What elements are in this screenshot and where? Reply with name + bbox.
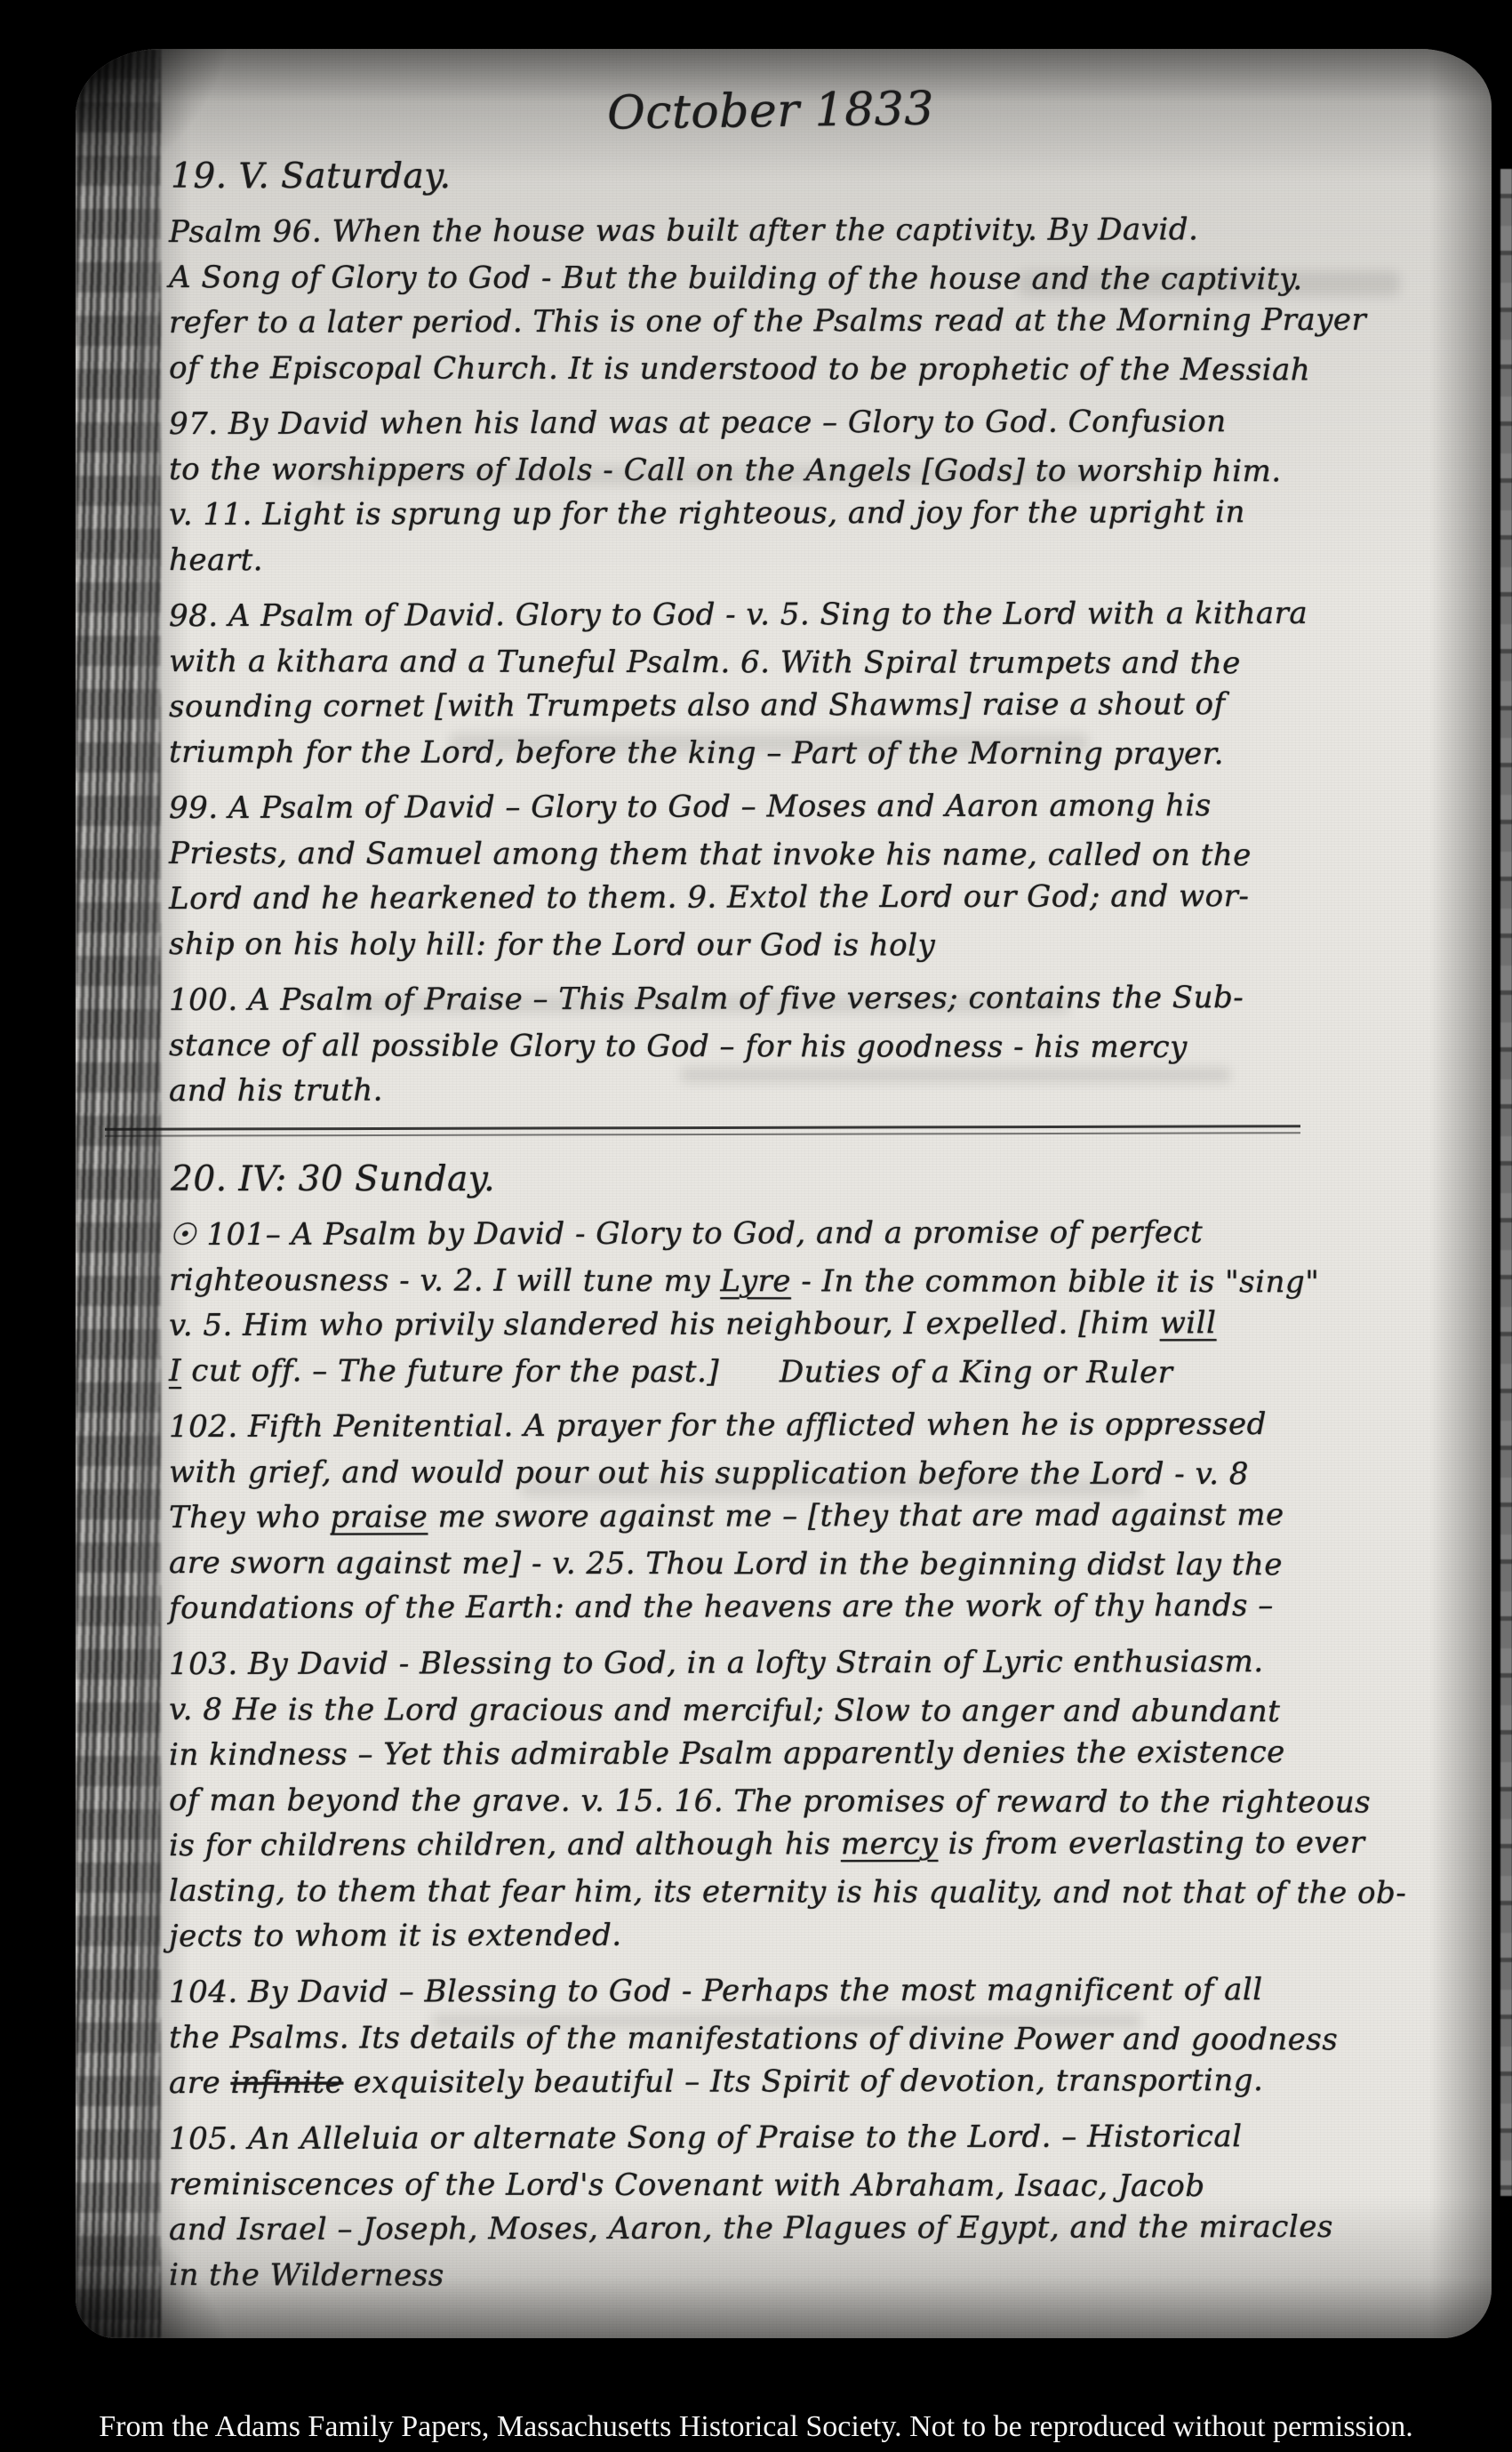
underlined-word: praise [330,1499,428,1535]
manuscript-line: and his truth. [169,1065,1458,1114]
manuscript-line: Psalm 96. When the house was built after… [169,206,1458,255]
manuscript-line: ☉ 101– A Psalm by David - Glory to God, … [169,1209,1458,1258]
text-segment: - In the common bible it is "sing" [791,1263,1319,1300]
text-segment: of the Episcopal Church. It is understoo… [169,350,1310,388]
text-segment: in the Wilderness [169,2257,444,2294]
entry-date-heading: 19. V. Saturday. [171,154,1458,199]
manuscript-line: 104. By David – Blessing to God - Perhap… [169,1967,1458,2015]
manuscript-line: 100. A Psalm of Praise – This Psalm of f… [169,974,1458,1023]
psalm-paragraph: 97. By David when his land was at peace … [169,402,1458,583]
manuscript-line: A Song of Glory to God - But the buildin… [169,255,1458,303]
manuscript-line: is for childrens children, and although … [169,1820,1458,1869]
text-segment: 105. An Alleluia or alternate Song of Pr… [169,2119,1243,2157]
text-segment: is from everlasting to ever [938,1825,1364,1862]
text-segment: reminiscences of the Lord's Covenant wit… [169,2167,1205,2204]
text-segment: are [169,2065,231,2101]
month-year-heading: October 1833 [126,76,1416,147]
text-segment: ☉ 101– A Psalm by David - Glory to God, … [169,1214,1203,1253]
text-segment: 103. By David - Blessing to God, in a lo… [169,1644,1264,1682]
manuscript-line: with grief, and would pour out his suppl… [169,1450,1458,1498]
text-segment: and Israel – Joseph, Moses, Aaron, the P… [169,2209,1333,2248]
text-segment: triumph for the Lord, before the king – … [169,734,1224,772]
manuscript-line: v. 11. Light is sprung up for the righte… [169,489,1458,538]
archive-caption: From the Adams Family Papers, Massachuse… [0,2409,1512,2445]
text-segment: the Psalms. Its details of the manifesta… [169,2020,1338,2057]
text-segment: v. 5. Him who privily slandered his neig… [169,1305,1160,1343]
manuscript-line: foundations of the Earth: and the heaven… [169,1583,1458,1631]
scanned-diary-screenshot: October 1833 19. V. Saturday.Psalm 96. W… [0,0,1512,2452]
manuscript-line: the Psalms. Its details of the manifesta… [169,2015,1458,2063]
manuscript-line: ship on his holy hill: for the Lord our … [169,922,1458,970]
manuscript-line: 103. By David - Blessing to God, in a lo… [169,1639,1458,1687]
book-fore-edge [1500,169,1512,2196]
text-segment: Psalm 96. When the house was built after… [169,212,1198,250]
manuscript-line: triumph for the Lord, before the king – … [169,730,1458,778]
manuscript-line: in kindness – Yet this admirable Psalm a… [169,1729,1458,1778]
manuscript-line: are sworn against me] - v. 25. Thou Lord… [169,1541,1458,1589]
underlined-word: will [1160,1305,1217,1341]
text-segment: v. 8 He is the Lord gracious and mercifu… [169,1692,1280,1729]
psalm-paragraph: 105. An Alleluia or alternate Song of Pr… [169,2117,1458,2298]
manuscript-line: of man beyond the grave. v. 15. 16. The … [169,1778,1458,1826]
text-segment: to the worshippers of Idols - Call on th… [169,452,1282,489]
text-segment: Priests, and Samuel among them that invo… [169,836,1252,873]
manuscript-line: and Israel – Joseph, Moses, Aaron, the P… [169,2204,1458,2253]
manuscript-line: They who praise me swore against me – [t… [169,1492,1458,1541]
text-segment: of man beyond the grave. v. 15. 16. The … [169,1783,1371,1820]
manuscript-line: are infinite exquisitely beautiful – Its… [169,2057,1458,2106]
manuscript-line: righteousness - v. 2. I will tune my Lyr… [169,1258,1458,1306]
entry-date-heading: 20. IV: 30 Sunday. [171,1157,1458,1202]
underlined-word: mercy [841,1826,938,1862]
manuscript-line: Priests, and Samuel among them that invo… [169,831,1458,879]
manuscript-line: v. 8 He is the Lord gracious and mercifu… [169,1687,1458,1735]
text-segment: are sworn against me] - v. 25. Thou Lord… [169,1545,1283,1583]
text-segment: me swore against me – [they that are mad… [428,1497,1284,1535]
text-segment: 97. By David when his land was at peace … [169,404,1227,442]
manuscript-line: Lord and he hearkened to them. 9. Extol … [169,873,1458,922]
section-divider-rule [105,1125,1300,1137]
manuscript-line: 99. A Psalm of David – Glory to God – Mo… [169,782,1458,831]
manuscript-line: 97. By David when his land was at peace … [169,398,1458,447]
manuscript-line: 105. An Alleluia or alternate Song of Pr… [169,2113,1458,2162]
text-segment: righteousness - v. 2. I will tune my [169,1262,720,1299]
text-segment: 100. A Psalm of Praise – This Psalm of f… [169,980,1244,1018]
text-segment: and his truth. [169,1072,383,1109]
manuscript-line: to the worshippers of Idols - Call on th… [169,447,1458,495]
psalm-paragraph: ☉ 101– A Psalm by David - Glory to God, … [169,1213,1458,1394]
text-segment: stance of all possible Glory to God – fo… [169,1028,1188,1065]
psalm-paragraph: 100. A Psalm of Praise – This Psalm of f… [169,978,1458,1114]
text-segment: 102. Fifth Penitential. A prayer for the… [169,1406,1267,1445]
text-segment: 99. A Psalm of David – Glory to God – Mo… [169,788,1212,826]
text-segment: sounding cornet [with Trumpets also and … [169,686,1226,725]
psalm-paragraph: 103. By David - Blessing to God, in a lo… [169,1642,1458,1959]
text-segment: ship on his holy hill: for the Lord our … [169,926,935,964]
manuscript-line: with a kithara and a Tuneful Psalm. 6. W… [169,639,1458,687]
psalm-paragraph: Psalm 96. When the house was built after… [169,210,1458,391]
manuscript-content: October 1833 19. V. Saturday.Psalm 96. W… [169,84,1458,2309]
manuscript-line: refer to a later period. This is one of … [169,297,1458,346]
text-segment: 98. A Psalm of David. Glory to God - v. … [169,596,1308,634]
text-segment: 104. By David – Blessing to God - Perhap… [169,1972,1263,2010]
text-segment: lasting, to them that fear him, its eter… [169,1873,1406,1911]
text-segment: foundations of the Earth: and the heaven… [169,1588,1274,1626]
psalm-paragraph: 104. By David – Blessing to God - Perhap… [169,1970,1458,2106]
psalm-paragraph: 99. A Psalm of David – Glory to God – Mo… [169,786,1458,967]
text-segment: A Song of Glory to God - But the buildin… [169,260,1303,297]
manuscript-page: October 1833 19. V. Saturday.Psalm 96. W… [76,49,1492,2338]
diary-entries: 19. V. Saturday.Psalm 96. When the house… [169,154,1458,2298]
text-segment: They who [169,1500,331,1535]
manuscript-line: heart. [169,538,1458,586]
text-segment: with grief, and would pour out his suppl… [169,1454,1249,1492]
manuscript-line: v. 5. Him who privily slandered his neig… [169,1300,1458,1349]
manuscript-line: reminiscences of the Lord's Covenant wit… [169,2162,1458,2210]
text-segment: is for childrens children, and although … [169,1826,841,1863]
manuscript-line: 102. Fifth Penitential. A prayer for the… [169,1401,1458,1450]
manuscript-line: of the Episcopal Church. It is understoo… [169,346,1458,394]
text-segment: exquisitely beautiful – Its Spirit of de… [343,2063,1263,2101]
underlined-word: Lyre [720,1263,791,1299]
diary-entry-2: 20. IV: 30 Sunday.☉ 101– A Psalm by Davi… [169,1157,1458,2298]
text-segment: v. 11. Light is sprung up for the righte… [169,494,1245,533]
manuscript-line: jects to whom it is extended. [169,1911,1458,1959]
psalm-paragraph: 98. A Psalm of David. Glory to God - v. … [169,594,1458,775]
text-segment: in kindness – Yet this admirable Psalm a… [169,1735,1285,1773]
text-segment: jects to whom it is extended. [169,1918,622,1954]
manuscript-line: 98. A Psalm of David. Glory to God - v. … [169,590,1458,639]
text-segment: refer to a later period. This is one of … [169,302,1366,341]
manuscript-line: sounding cornet [with Trumpets also and … [169,681,1458,730]
manuscript-line: stance of all possible Glory to God – fo… [169,1023,1458,1071]
manuscript-line: I cut off. – The future for the past.] D… [169,1349,1458,1397]
struck-word: infinite [230,2065,343,2101]
text-segment: with a kithara and a Tuneful Psalm. 6. W… [169,644,1241,681]
manuscript-line: in the Wilderness [169,2253,1458,2301]
underlined-word: I [169,1353,181,1389]
text-segment: cut off. – The future for the past.] Dut… [181,1353,1173,1390]
manuscript-line: lasting, to them that fear him, its eter… [169,1869,1458,1917]
diary-entry-1: 19. V. Saturday.Psalm 96. When the house… [169,154,1458,1114]
psalm-paragraph: 102. Fifth Penitential. A prayer for the… [169,1405,1458,1631]
text-segment: heart. [169,542,263,578]
text-segment: Lord and he hearkened to them. 9. Extol … [169,878,1249,917]
